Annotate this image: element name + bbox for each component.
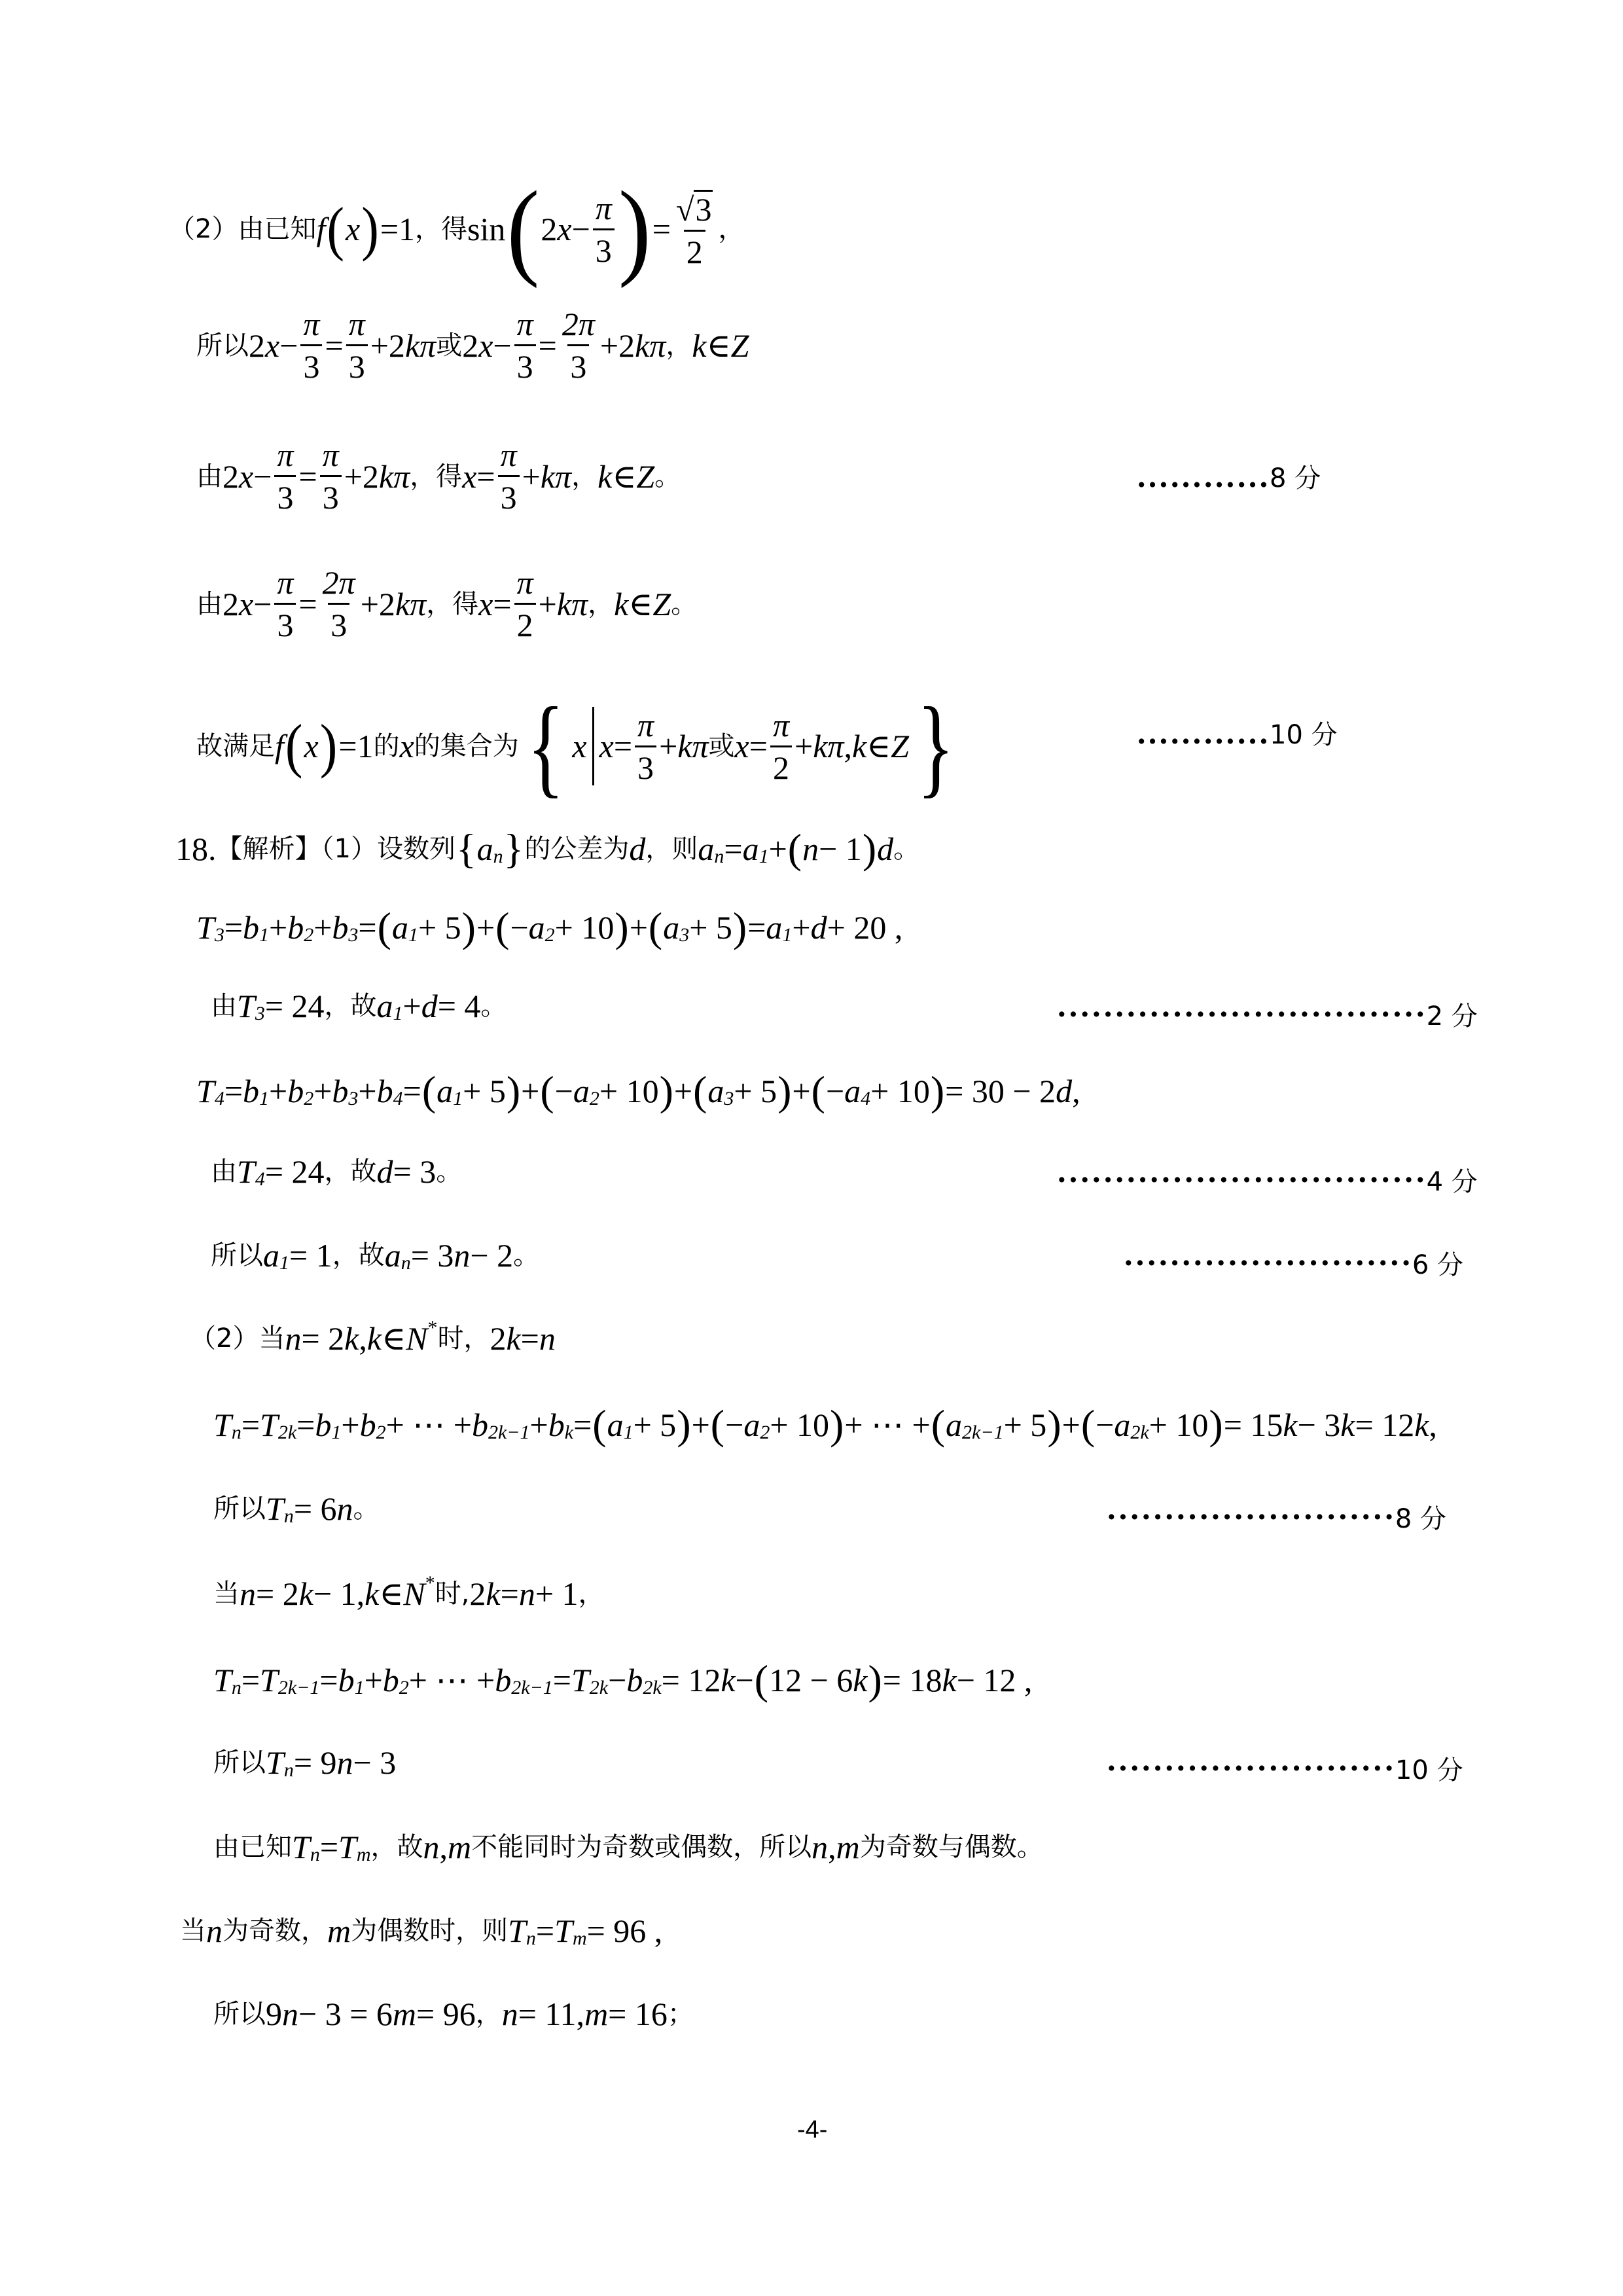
set-brace: } [917, 691, 954, 802]
math-text: +2 [344, 460, 379, 493]
text-run: 为奇数， [223, 1918, 327, 1944]
math-text: − 3 [1298, 1408, 1341, 1441]
math-variable: d [421, 990, 438, 1022]
math-variable: b [383, 1664, 399, 1696]
text-run: 。 [436, 1158, 462, 1185]
text-run: 由 [211, 1158, 237, 1185]
math-text: +2 [361, 588, 395, 620]
bracket: ) [863, 828, 876, 870]
math-text: = [747, 911, 766, 944]
math-text: =1 [380, 213, 415, 245]
fraction: π3 [593, 192, 615, 267]
math-variable: T [213, 1664, 232, 1696]
text-run: 不能同时为奇数或偶数，所以 [471, 1834, 811, 1860]
math-text: + [1062, 1408, 1080, 1441]
text-run: 。 [654, 463, 681, 490]
fraction-numerator: 2π [560, 308, 597, 344]
bracket: ( [693, 1070, 707, 1112]
math-text: − 1, [313, 1577, 365, 1610]
fraction: 2π3 [560, 308, 597, 383]
math-variable: d [1056, 1075, 1072, 1107]
math-text: = 96 [416, 1998, 476, 2030]
math-variable: k [344, 1322, 359, 1355]
score-label: 2 分 [1427, 996, 1478, 1033]
subscript: m [573, 1929, 587, 1948]
subscript: 1 [759, 847, 769, 867]
fraction-denominator: 3 [567, 344, 589, 383]
text-run: ， [666, 332, 692, 359]
math-text: − 1 [819, 833, 862, 865]
math-variable: T [260, 1664, 278, 1696]
math-variable: T [196, 1075, 215, 1107]
fraction-numerator: π [635, 709, 656, 745]
score-label: 8 分 [1270, 457, 1321, 495]
math-variable: x [400, 730, 414, 762]
math-variable: n [454, 1239, 470, 1272]
math-variable: Z [891, 730, 909, 762]
fraction-denominator: 3 [593, 228, 615, 267]
bracket: ( [1081, 1404, 1095, 1446]
math-text: = [298, 460, 317, 493]
math-variable: x [239, 460, 253, 493]
fraction: π3 [274, 439, 296, 514]
math-text: + [530, 1408, 548, 1441]
text-run: ， [476, 2001, 502, 2027]
math-variable: T [508, 1914, 526, 1947]
math-variable: k [721, 1664, 735, 1696]
text-run: ，故 [325, 993, 377, 1019]
math-text: = 16 [608, 1998, 668, 2030]
math-text: = [358, 911, 376, 944]
math-text: − 12 , [957, 1664, 1033, 1696]
math-variable: a [663, 911, 679, 944]
math-variable: b [472, 1408, 488, 1441]
math-text: + ⋯ + [409, 1664, 495, 1696]
text-run: 的集合为 [414, 733, 519, 759]
subscript: 2k [278, 1423, 296, 1443]
parenthesis: ( [285, 716, 303, 776]
math-variable: b [626, 1664, 643, 1696]
solution-line: （2）当n = 2k,k ∈ N*时， 2k = n [190, 1322, 556, 1355]
math-variable: a [766, 911, 782, 944]
math-variable: n [539, 1322, 556, 1355]
math-text: = [241, 1408, 260, 1441]
math-variable: n [337, 1746, 353, 1779]
math-text: = 24 [265, 990, 325, 1022]
superscript: * [427, 1318, 437, 1338]
solution-line: 当n = 2k − 1,k ∈ N*时,2k = n + 1 ， [213, 1577, 605, 1610]
math-text: + 5 [689, 911, 732, 944]
math-text: +2 [370, 329, 405, 362]
math-variable: m [584, 1998, 608, 2030]
leader-dots: ························· [1106, 1498, 1395, 1535]
math-variable: T [196, 911, 215, 944]
math-text: − [279, 329, 298, 362]
subscript: 3 [215, 925, 224, 945]
math-variable: a [707, 1075, 724, 1107]
math-text: = [476, 460, 495, 493]
text-run: 所以 [196, 332, 249, 359]
math-text: = [320, 1831, 338, 1863]
text-run: ，故 [332, 1242, 385, 1268]
subscript: 1 [393, 1004, 403, 1024]
text-run: 为奇数与偶数。 [860, 1834, 1043, 1860]
math-variable: a [392, 911, 408, 944]
math-text: = [296, 1408, 315, 1441]
math-variable: x [478, 329, 493, 362]
math-text: 2 [249, 329, 265, 362]
math-variable: k [365, 1577, 379, 1610]
math-text: + 10 [599, 1075, 659, 1107]
score-label: 8 分 [1395, 1498, 1446, 1535]
math-variable: T [260, 1408, 278, 1441]
text-run: ； [668, 2001, 694, 2027]
math-text: − 3 [353, 1746, 397, 1779]
score-marker: ·························6 分 [1123, 1244, 1463, 1282]
fraction: π3 [320, 439, 342, 514]
subscript: 2k−1 [511, 1678, 553, 1698]
leader-dots: ························· [1106, 1749, 1395, 1787]
math-variable: a [385, 1239, 401, 1272]
math-variable: T [292, 1831, 310, 1863]
bracket: ( [378, 906, 391, 948]
leader-dots: ························· [1123, 1244, 1412, 1282]
solution-line: 由已知Tn = Tm，故n,m 不能同时为奇数或偶数，所以n,m 为奇数与偶数。 [213, 1831, 1043, 1863]
solution-line: T3 = b1 + b2 + b3 = (a1 + 5)+(−a2 + 10)+… [196, 906, 902, 948]
math-text: + [365, 1664, 383, 1696]
fraction-denominator: 2 [684, 230, 705, 268]
fraction: π2 [514, 566, 536, 641]
math-variable: k [597, 460, 612, 493]
fraction-denominator: 2 [514, 603, 536, 641]
math-variable: kπ [557, 588, 588, 620]
math-text: + 5 [463, 1075, 506, 1107]
math-variable: a [263, 1239, 279, 1272]
leader-dots: ………… [1136, 713, 1270, 751]
math-text: = 12 [1355, 1408, 1415, 1441]
text-run: ，故 [325, 1158, 377, 1185]
math-text: 9 [266, 1998, 282, 2030]
subscript: 3 [348, 925, 358, 945]
subscript: 2 [304, 925, 313, 945]
math-variable: T [266, 1492, 284, 1525]
subscript: 2k [643, 1678, 661, 1698]
solution-line: 所以Tn = 9n − 3 [213, 1746, 396, 1779]
math-text: = 12 [662, 1664, 721, 1696]
math-variable: kπ [395, 588, 426, 620]
parenthesis: ( [327, 199, 344, 259]
text-run: 所以 [211, 1242, 263, 1268]
fraction-numerator: π [274, 439, 296, 475]
solution-line: 所以a1 = 1 ，故an = 3n − 2 。 [211, 1239, 539, 1272]
math-text: = [325, 329, 343, 362]
math-variable: a [607, 1408, 624, 1441]
text-run: 由 [196, 463, 223, 490]
math-variable: Z [636, 460, 654, 493]
math-text: + [539, 588, 557, 620]
bracket: ( [592, 1404, 606, 1446]
math-text: − [826, 1075, 844, 1107]
math-variable: b [332, 911, 348, 944]
math-variable: k [614, 588, 628, 620]
bracket: { [456, 828, 476, 870]
math-variable: k [1340, 1408, 1355, 1441]
math-text: − [555, 1075, 573, 1107]
text-run: 【解析】（1）设数列 [217, 836, 455, 862]
math-text: = 24 [265, 1155, 325, 1188]
math-variable: x [557, 213, 571, 245]
math-text: + 10 [1149, 1408, 1209, 1441]
math-variable: k [299, 1577, 313, 1610]
set-divider [592, 707, 594, 785]
math-variable: f [275, 730, 284, 762]
math-variable: a [698, 833, 714, 865]
math-text: = 96 , [587, 1914, 663, 1947]
subscript: 2 [590, 1089, 599, 1109]
solution-line: 由2x−π3=π3+2kπ，得x=π3+kπ， k ∈ Z 。 [196, 439, 681, 514]
math-text: + 20 , [827, 911, 903, 944]
text-run: 由 [211, 993, 237, 1019]
math-variable: a [573, 1075, 590, 1107]
math-text: − 2 [470, 1239, 513, 1272]
math-variable: d [629, 833, 645, 865]
math-variable: b [287, 911, 304, 944]
math-text: + [630, 911, 648, 944]
math-variable: b [243, 1075, 259, 1107]
math-text: , [440, 1831, 448, 1863]
bracket: ( [811, 1070, 825, 1112]
math-text: ∈ [612, 460, 636, 493]
math-variable: k [367, 1322, 382, 1355]
bracket: ( [495, 906, 509, 948]
math-text: 2 [223, 460, 239, 493]
subscript: 1 [408, 925, 418, 945]
math-text: =1 [338, 730, 373, 762]
math-text: ∈ [379, 1577, 403, 1610]
math-text: + [692, 1408, 710, 1441]
text-run: 当 [180, 1918, 206, 1944]
set-brace: { [527, 691, 564, 802]
math-text: = [521, 1322, 539, 1355]
math-text: = 30 − 2 [945, 1075, 1056, 1107]
subscript: m [357, 1845, 371, 1865]
text-run: 所以 [213, 1496, 266, 1522]
text-run: （2）当 [190, 1325, 285, 1352]
math-text: = [501, 1577, 519, 1610]
math-variable: m [448, 1831, 471, 1863]
subscript: 2k−1 [962, 1423, 1004, 1443]
fraction: π3 [274, 566, 296, 641]
solution-line: 所以Tn = 6n 。 [213, 1492, 380, 1525]
math-text: = 2 [301, 1322, 344, 1355]
subscript: 2 [376, 1423, 386, 1443]
score-label: 6 分 [1412, 1244, 1463, 1282]
subscript: 1 [624, 1423, 633, 1443]
math-variable: a [743, 833, 759, 865]
solution-line: 由T4 = 24，故d = 3。 [211, 1155, 462, 1188]
subscript: n [284, 1761, 294, 1780]
fraction: π2 [770, 709, 792, 784]
math-variable: b [377, 1075, 393, 1107]
math-text: = [614, 730, 632, 762]
bracket: ( [649, 906, 662, 948]
math-text: + [341, 1408, 359, 1441]
math-text: , [359, 1322, 367, 1355]
math-text: , [1072, 1075, 1080, 1107]
subscript: 2 [760, 1423, 770, 1443]
math-text: = [224, 911, 243, 944]
subscript: n [401, 1253, 411, 1273]
fraction-numerator: π [498, 439, 520, 475]
subscript: 2k−1 [488, 1423, 530, 1443]
fraction-numerator: π [320, 439, 342, 475]
fraction-denominator: 2 [770, 745, 792, 784]
math-text: + [674, 1075, 692, 1107]
math-text: + [269, 1075, 287, 1107]
math-text: = [553, 1664, 571, 1696]
text-run: 所以 [213, 2001, 266, 2027]
math-text: + ⋯ + [386, 1408, 472, 1441]
math-variable: n [285, 1322, 301, 1355]
math-text: = 4 [438, 990, 481, 1022]
math-text: = 1 [289, 1239, 332, 1272]
math-text: − [253, 588, 272, 620]
math-variable: k [853, 1664, 867, 1696]
solution-line: 所以2x−π3=π3+2kπ或2x−π3=2π3+2kπ， k ∈ Z [196, 308, 749, 383]
math-text: − [725, 1408, 743, 1441]
large-parenthesis: ( [507, 175, 539, 283]
math-text: = 2 [256, 1577, 299, 1610]
bracket: ( [931, 1404, 945, 1446]
solution-line: T4 = b1 + b2 + b3 + b4 = (a1 + 5)+(−a2 +… [196, 1070, 1080, 1112]
math-variable: n [502, 1998, 518, 2030]
subscript: k [565, 1423, 573, 1443]
math-variable: a [844, 1075, 861, 1107]
math-text: + [769, 833, 787, 865]
math-text: − [1096, 1408, 1114, 1441]
fraction-numerator: π [514, 308, 536, 344]
bracket: ) [868, 1659, 882, 1701]
math-text: + 10 [870, 1075, 930, 1107]
math-variable: T [237, 1155, 255, 1188]
subscript: n [232, 1423, 241, 1443]
math-variable: x [478, 588, 493, 620]
math-text: − [572, 213, 590, 245]
math-variable: b [332, 1075, 348, 1107]
subscript: 3 [255, 1004, 265, 1024]
text-run: 。 [671, 591, 697, 617]
text-run: 当 [213, 1581, 240, 1607]
math-variable: n [337, 1492, 353, 1525]
math-variable: x [572, 730, 586, 762]
fraction: π3 [300, 308, 322, 383]
math-text: + ⋯ + [844, 1408, 930, 1441]
fraction-denominator: 3 [514, 344, 536, 383]
text-run: ，故 [371, 1834, 423, 1860]
bracket: ( [422, 1070, 436, 1112]
math-variable: k [852, 730, 866, 762]
subscript: 2 [399, 1678, 409, 1698]
math-variable: n [240, 1577, 256, 1610]
math-variable: m [393, 1998, 416, 2030]
math-text: = [749, 730, 768, 762]
math-variable: b [243, 911, 259, 944]
subscript: n [232, 1678, 241, 1698]
math-text: + [792, 1075, 810, 1107]
math-text: + 1 [535, 1577, 579, 1610]
fraction: π3 [498, 439, 520, 514]
math-variable: k [1283, 1408, 1297, 1441]
math-variable: kπ [541, 460, 571, 493]
page-number: -4- [797, 2116, 827, 2144]
math-text: − [253, 460, 272, 493]
math-variable: b [360, 1408, 376, 1441]
math-variable: T [571, 1664, 590, 1696]
radicand: 3 [694, 190, 713, 226]
score-marker: …………10 分 [1136, 713, 1338, 751]
subscript: n [310, 1845, 320, 1865]
subscript: n [284, 1507, 294, 1526]
text-run: ，得 [426, 591, 478, 617]
solution-line: 由T3 = 24，故a1 + d = 4 。 [211, 990, 507, 1022]
text-run: 或 [709, 733, 735, 759]
subscript: 1 [355, 1678, 365, 1698]
math-variable: T [213, 1408, 232, 1441]
text-run: ， [718, 216, 744, 242]
math-variable: b [338, 1664, 355, 1696]
score-marker: ································2 分 [1056, 995, 1478, 1033]
subscript: 4 [861, 1089, 870, 1109]
math-variable: x [239, 588, 253, 620]
radical-sign: √ [676, 193, 694, 226]
math-variable: k [486, 1577, 500, 1610]
math-variable: kπ [677, 730, 708, 762]
math-text: + 10 [555, 911, 615, 944]
math-variable: b [287, 1075, 304, 1107]
subscript: 1 [453, 1089, 463, 1109]
math-text: + 5 [633, 1408, 677, 1441]
math-text: = [652, 213, 671, 245]
leader-dots: ································ [1056, 995, 1427, 1033]
fraction-numerator: π [300, 308, 322, 344]
math-text: + 5 [418, 911, 461, 944]
math-text: − [736, 1664, 754, 1696]
score-label: 10 分 [1270, 714, 1338, 751]
math-variable: N [406, 1322, 427, 1355]
math-variable: a [477, 833, 493, 865]
sqrt-expression: √3 [676, 190, 713, 226]
math-variable: x [735, 730, 749, 762]
text-run: 的 [374, 733, 400, 759]
subscript: 2k [590, 1678, 608, 1698]
math-variable: b [495, 1664, 511, 1696]
subscript: 2 [545, 925, 555, 945]
math-variable: a [529, 911, 545, 944]
math-text: 2 [490, 1322, 506, 1355]
math-text: +2 [600, 329, 635, 362]
fraction-denominator: 3 [320, 475, 342, 514]
solution-line: 故满足 f(x)=1的 x 的集合为{xx=π3+kπ或x=π2+kπ,k ∈ … [196, 691, 963, 802]
fraction-denominator: 3 [346, 344, 368, 383]
math-variable: m [836, 1831, 860, 1863]
subscript: 1 [279, 1253, 289, 1273]
math-text: − [608, 1664, 626, 1696]
math-text: 2 [462, 329, 478, 362]
math-variable: d [877, 833, 893, 865]
math-variable: n [811, 1831, 828, 1863]
solution-line: （2）由已知 f(x)=1，得sin(2x−π3)=√32， [169, 180, 744, 278]
math-text: = [573, 1408, 592, 1441]
